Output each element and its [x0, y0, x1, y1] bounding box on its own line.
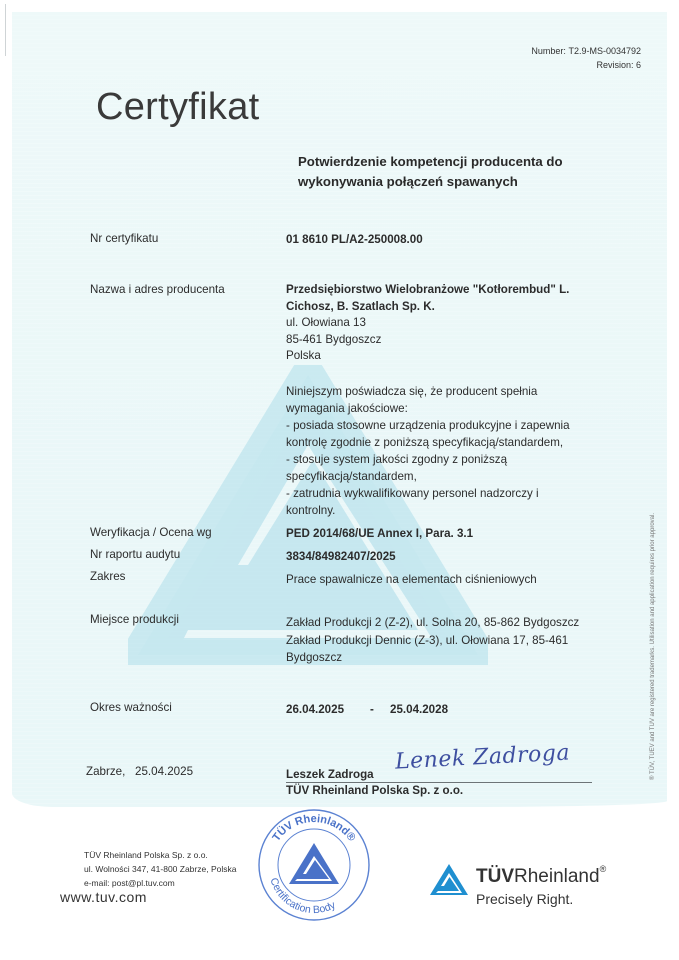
statement-line: kontrolę zgodnie z poniższą specyfikacją… [286, 434, 570, 451]
audit-report-label: Nr raportu audytu [90, 548, 180, 561]
statement-line: specyfikacją/standardem, [286, 468, 570, 485]
footer-address-line: ul. Wolności 347, 41-800 Zabrze, Polska [84, 862, 236, 876]
footer-address-line: TÜV Rheinland Polska Sp. z o.o. [84, 848, 236, 862]
statement-line: kontrolny. [286, 502, 570, 519]
audit-report-value: 3834/84982407/2025 [286, 549, 396, 566]
verification-value: PED 2014/68/UE Annex I, Para. 3.1 [286, 526, 473, 543]
producer-address-line: 85-461 Bydgoszcz [286, 332, 569, 349]
revision: Revision: 6 [531, 58, 641, 72]
producer-address-line: Polska [286, 348, 569, 365]
producer-block: Przedsiębiorstwo Wielobranżowe "Kotłorem… [286, 282, 569, 365]
statement-line: - zatrudnia wykwalifikowany personel nad… [286, 485, 570, 502]
validity-label: Okres ważności [90, 701, 172, 714]
production-site-label: Miejsce produkcji [90, 613, 179, 626]
statement-line: Niniejszym poświadcza się, że producent … [286, 383, 570, 400]
statement-line: - stosuje system jakości zgodny z poniżs… [286, 451, 570, 468]
brand-name-bold: TÜV [476, 866, 514, 887]
producer-label: Nazwa i adres producenta [90, 283, 225, 296]
production-site-block: Zakład Produkcji 2 (Z-2), ul. Solna 20, … [286, 614, 579, 667]
signing-date: 25.04.2025 [135, 765, 193, 778]
subtitle-line: Potwierdzenie kompetencji producenta do [298, 152, 563, 172]
producer-address-line: ul. Ołowiana 13 [286, 315, 569, 332]
footer-email: e-mail: post@pl.tuv.com [84, 876, 236, 890]
production-site-line: Zakład Produkcji 2 (Z-2), ul. Solna 20, … [286, 614, 579, 632]
production-site-line: Zakład Produkcji Dennic (Z-3), ul. Ołowi… [286, 632, 579, 650]
statement-line: - posiada stosowne urządzenia produkcyjn… [286, 417, 570, 434]
number-value: T2.9-MS-0034792 [568, 46, 641, 56]
validity-from: 26.04.2025 [286, 702, 344, 719]
certificate-subtitle: Potwierdzenie kompetencji producenta do … [298, 152, 563, 192]
statement-line: wymagania jakościowe: [286, 400, 570, 417]
validity-to: 25.04.2028 [390, 702, 448, 719]
scope-value: Prace spawalnicze na elementach ciśnieni… [286, 572, 537, 589]
number-label: Number: [531, 46, 566, 56]
page-title: Certyfikat [96, 86, 259, 129]
certificate-number-block: Number: T2.9-MS-0034792 Revision: 6 [531, 44, 641, 72]
verification-label: Weryfikacja / Ocena wg [90, 526, 212, 539]
signing-place: Zabrze, [86, 765, 125, 778]
trademark-side-note: ® TÜV, TUEV and TUV are registered trade… [650, 513, 656, 780]
validity-separator: - [370, 702, 374, 719]
production-site-line: Bydgoszcz [286, 649, 579, 667]
footer-website-link[interactable]: www.tuv.com [60, 889, 147, 905]
subtitle-line: wykonywania połączeń spawanych [298, 172, 563, 192]
producer-name-line: Przedsiębiorstwo Wielobranżowe "Kotłorem… [286, 282, 569, 299]
cert-number-value: 01 8610 PL/A2-250008.00 [286, 232, 423, 249]
footer-address: TÜV Rheinland Polska Sp. z o.o. ul. Woln… [84, 848, 236, 890]
brand-name: TÜVRheinland® [476, 866, 606, 888]
cert-number-label: Nr certyfikatu [90, 232, 158, 245]
scope-label: Zakres [90, 570, 125, 583]
scan-edge [5, 4, 6, 56]
compliance-statement: Niniejszym poświadcza się, że producent … [286, 383, 570, 519]
brand-name-regular: Rheinland [514, 866, 600, 887]
signing-organization: TÜV Rheinland Polska Sp. z o.o. [286, 783, 463, 800]
producer-name-line: Cichosz, B. Szatlach Sp. K. [286, 299, 569, 316]
registered-mark: ® [600, 864, 607, 874]
tuv-rheinland-logo-icon [428, 862, 470, 898]
brand-slogan: Precisely Right. [476, 891, 573, 907]
certification-body-stamp-icon: TÜV Rheinland® Certification Body [257, 808, 371, 922]
